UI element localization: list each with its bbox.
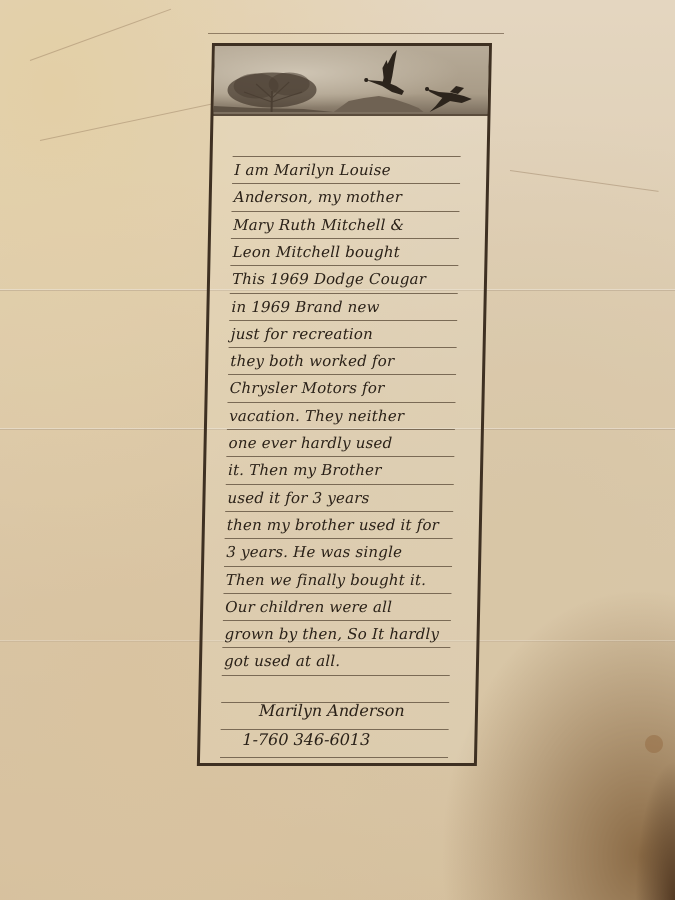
crease (30, 9, 171, 61)
handwritten-line: I am Marilyn Louise (234, 160, 466, 180)
ruled-line (233, 156, 461, 157)
handwritten-line: in 1969 Brand new (231, 297, 463, 317)
handwritten-line: one ever hardly used (228, 433, 460, 453)
handwritten-line: Leon Mitchell bought (232, 242, 464, 262)
ruled-line (230, 265, 458, 266)
handwritten-line: it. Then my Brother (228, 460, 460, 480)
handwritten-line: then my brother used it for (227, 515, 459, 535)
ruled-line (228, 374, 456, 375)
handwritten-line: got used at all. (224, 651, 456, 671)
handwritten-line: Our children were all (225, 597, 457, 617)
handwritten-line: grown by then, So It hardly (224, 624, 456, 644)
crease (40, 103, 216, 141)
ruled-line (222, 675, 450, 676)
ruled-line (225, 538, 453, 539)
ruled-line (227, 429, 455, 430)
ruled-line (223, 593, 451, 594)
handwritten-line: 3 years. He was single (226, 542, 458, 562)
ruled-line (224, 566, 452, 567)
ruled-line (220, 757, 448, 758)
signature-name: Marilyn Anderson (259, 701, 405, 720)
ruled-line (227, 402, 455, 403)
ruled-line (229, 320, 457, 321)
ruled-line (223, 620, 451, 621)
top-rule (208, 33, 504, 34)
handwritten-line: they both worked for (230, 351, 462, 371)
ruled-line (222, 647, 450, 648)
signature-phone: 1-760 346-6013 (242, 730, 370, 749)
handwritten-line: Chrysler Motors for (230, 378, 462, 398)
ruled-line (232, 183, 460, 184)
handwritten-line: used it for 3 years (227, 488, 459, 508)
ruled-line (231, 211, 459, 212)
ruled-line (231, 238, 459, 239)
ruled-line (230, 293, 458, 294)
handwritten-line: vacation. They neither (229, 406, 461, 426)
handwritten-line: Mary Ruth Mitchell & (233, 215, 465, 235)
ruled-line (229, 347, 457, 348)
handwritten-line: This 1969 Dodge Cougar (232, 269, 464, 289)
handwritten-line: Anderson, my mother (234, 187, 466, 207)
stationery-card: I am Marilyn LouiseAnderson, my motherMa… (197, 43, 492, 766)
handwritten-line: just for recreation (231, 324, 463, 344)
handwritten-line: Then we finally bought it. (226, 570, 458, 590)
ruled-line (225, 511, 453, 512)
stain-spot (645, 735, 663, 753)
ruled-line (226, 456, 454, 457)
corner-shadow (635, 760, 675, 900)
crease (510, 170, 659, 192)
ruled-line (226, 484, 454, 485)
